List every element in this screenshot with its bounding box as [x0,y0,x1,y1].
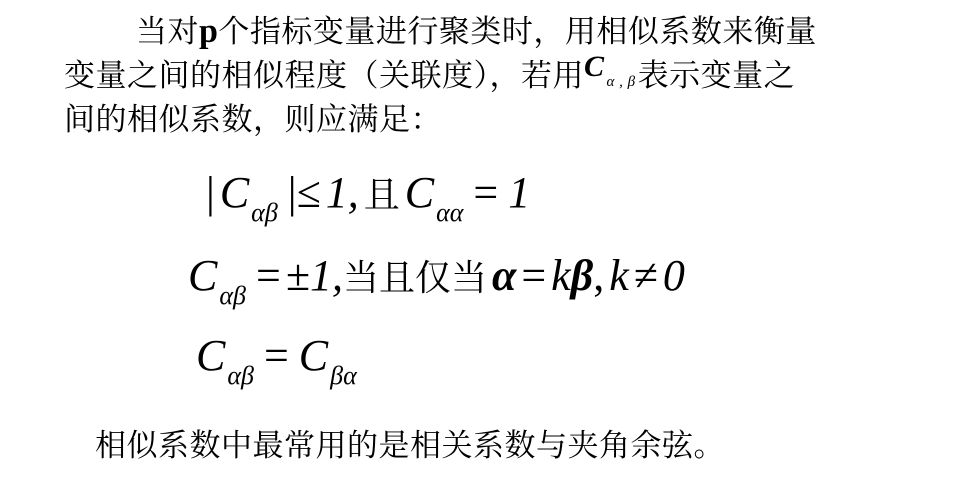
paragraph-line-2: 变量之间的相似程度（关联度），若用Cα , β表示变量之 [64,54,904,98]
math-symbol-c: C [584,50,605,83]
equation-unit-condition: Cαβ=±1,当且仅当α=kβ,k≠0 [188,246,685,312]
intro-paragraph: 当对p个指标变量进行聚类时，用相似系数来衡量 变量之间的相似程度（关联度），若用… [64,10,904,142]
paragraph-line-3: 间的相似系数，则应满足： [64,98,904,142]
text-segment: 当对 [136,14,199,50]
math-subscript: αβ [219,281,246,310]
math-equals: = [256,251,281,300]
math-alpha-vector: α [492,251,516,300]
math-k: k [551,251,571,300]
variable-p: p [199,13,218,50]
math-subscript: α , β [607,74,636,90]
math-symbol-c: C [299,331,328,380]
math-equals: = [473,168,498,217]
math-subscript: αβ [251,198,278,227]
math-subscript: αα [436,198,463,227]
math-subscript: βα [330,361,357,390]
equation-abs-bound: |Cαβ|≤1,且Cαα=1 [206,163,530,229]
text-segment: 变量之间的相似程度（关联度），若用 [64,58,584,94]
math-symbol-c: C [405,168,434,217]
math-subscript: αβ [227,361,254,390]
math-equals: = [521,251,546,300]
math-plus-minus-one: ±1, [286,251,343,300]
math-zero: 0 [663,251,685,300]
conclusion-text: 相似系数中最常用的是相关系数与夹角余弦。 [95,424,725,468]
paragraph-line-1: 当对p个指标变量进行聚类时，用相似系数来衡量 [64,10,904,54]
math-symbol-c: C [188,251,217,300]
inline-math-c-alpha-beta: Cα , β [584,54,636,104]
math-k: k [609,251,629,300]
math-symbol-c: C [220,168,249,217]
math-beta-vector: β [571,251,594,300]
math-comma: , [593,251,604,300]
math-symbol-c: C [196,331,225,380]
abs-bar-open: | [206,168,215,217]
math-number: 1 [508,168,530,217]
text-segment: 个指标变量进行聚类时，用相似系数来衡量 [218,14,817,50]
equation-symmetry: Cαβ=Cβα [196,326,357,392]
abs-bar-close-leq: |≤ [288,168,321,217]
text-segment: 表示变量之 [638,58,796,94]
math-conjunction: 且 [364,175,400,216]
math-condition-text: 当且仅当 [343,258,487,299]
math-not-equal: ≠ [634,251,658,300]
math-equals: = [264,331,289,380]
math-number: 1, [326,168,359,217]
